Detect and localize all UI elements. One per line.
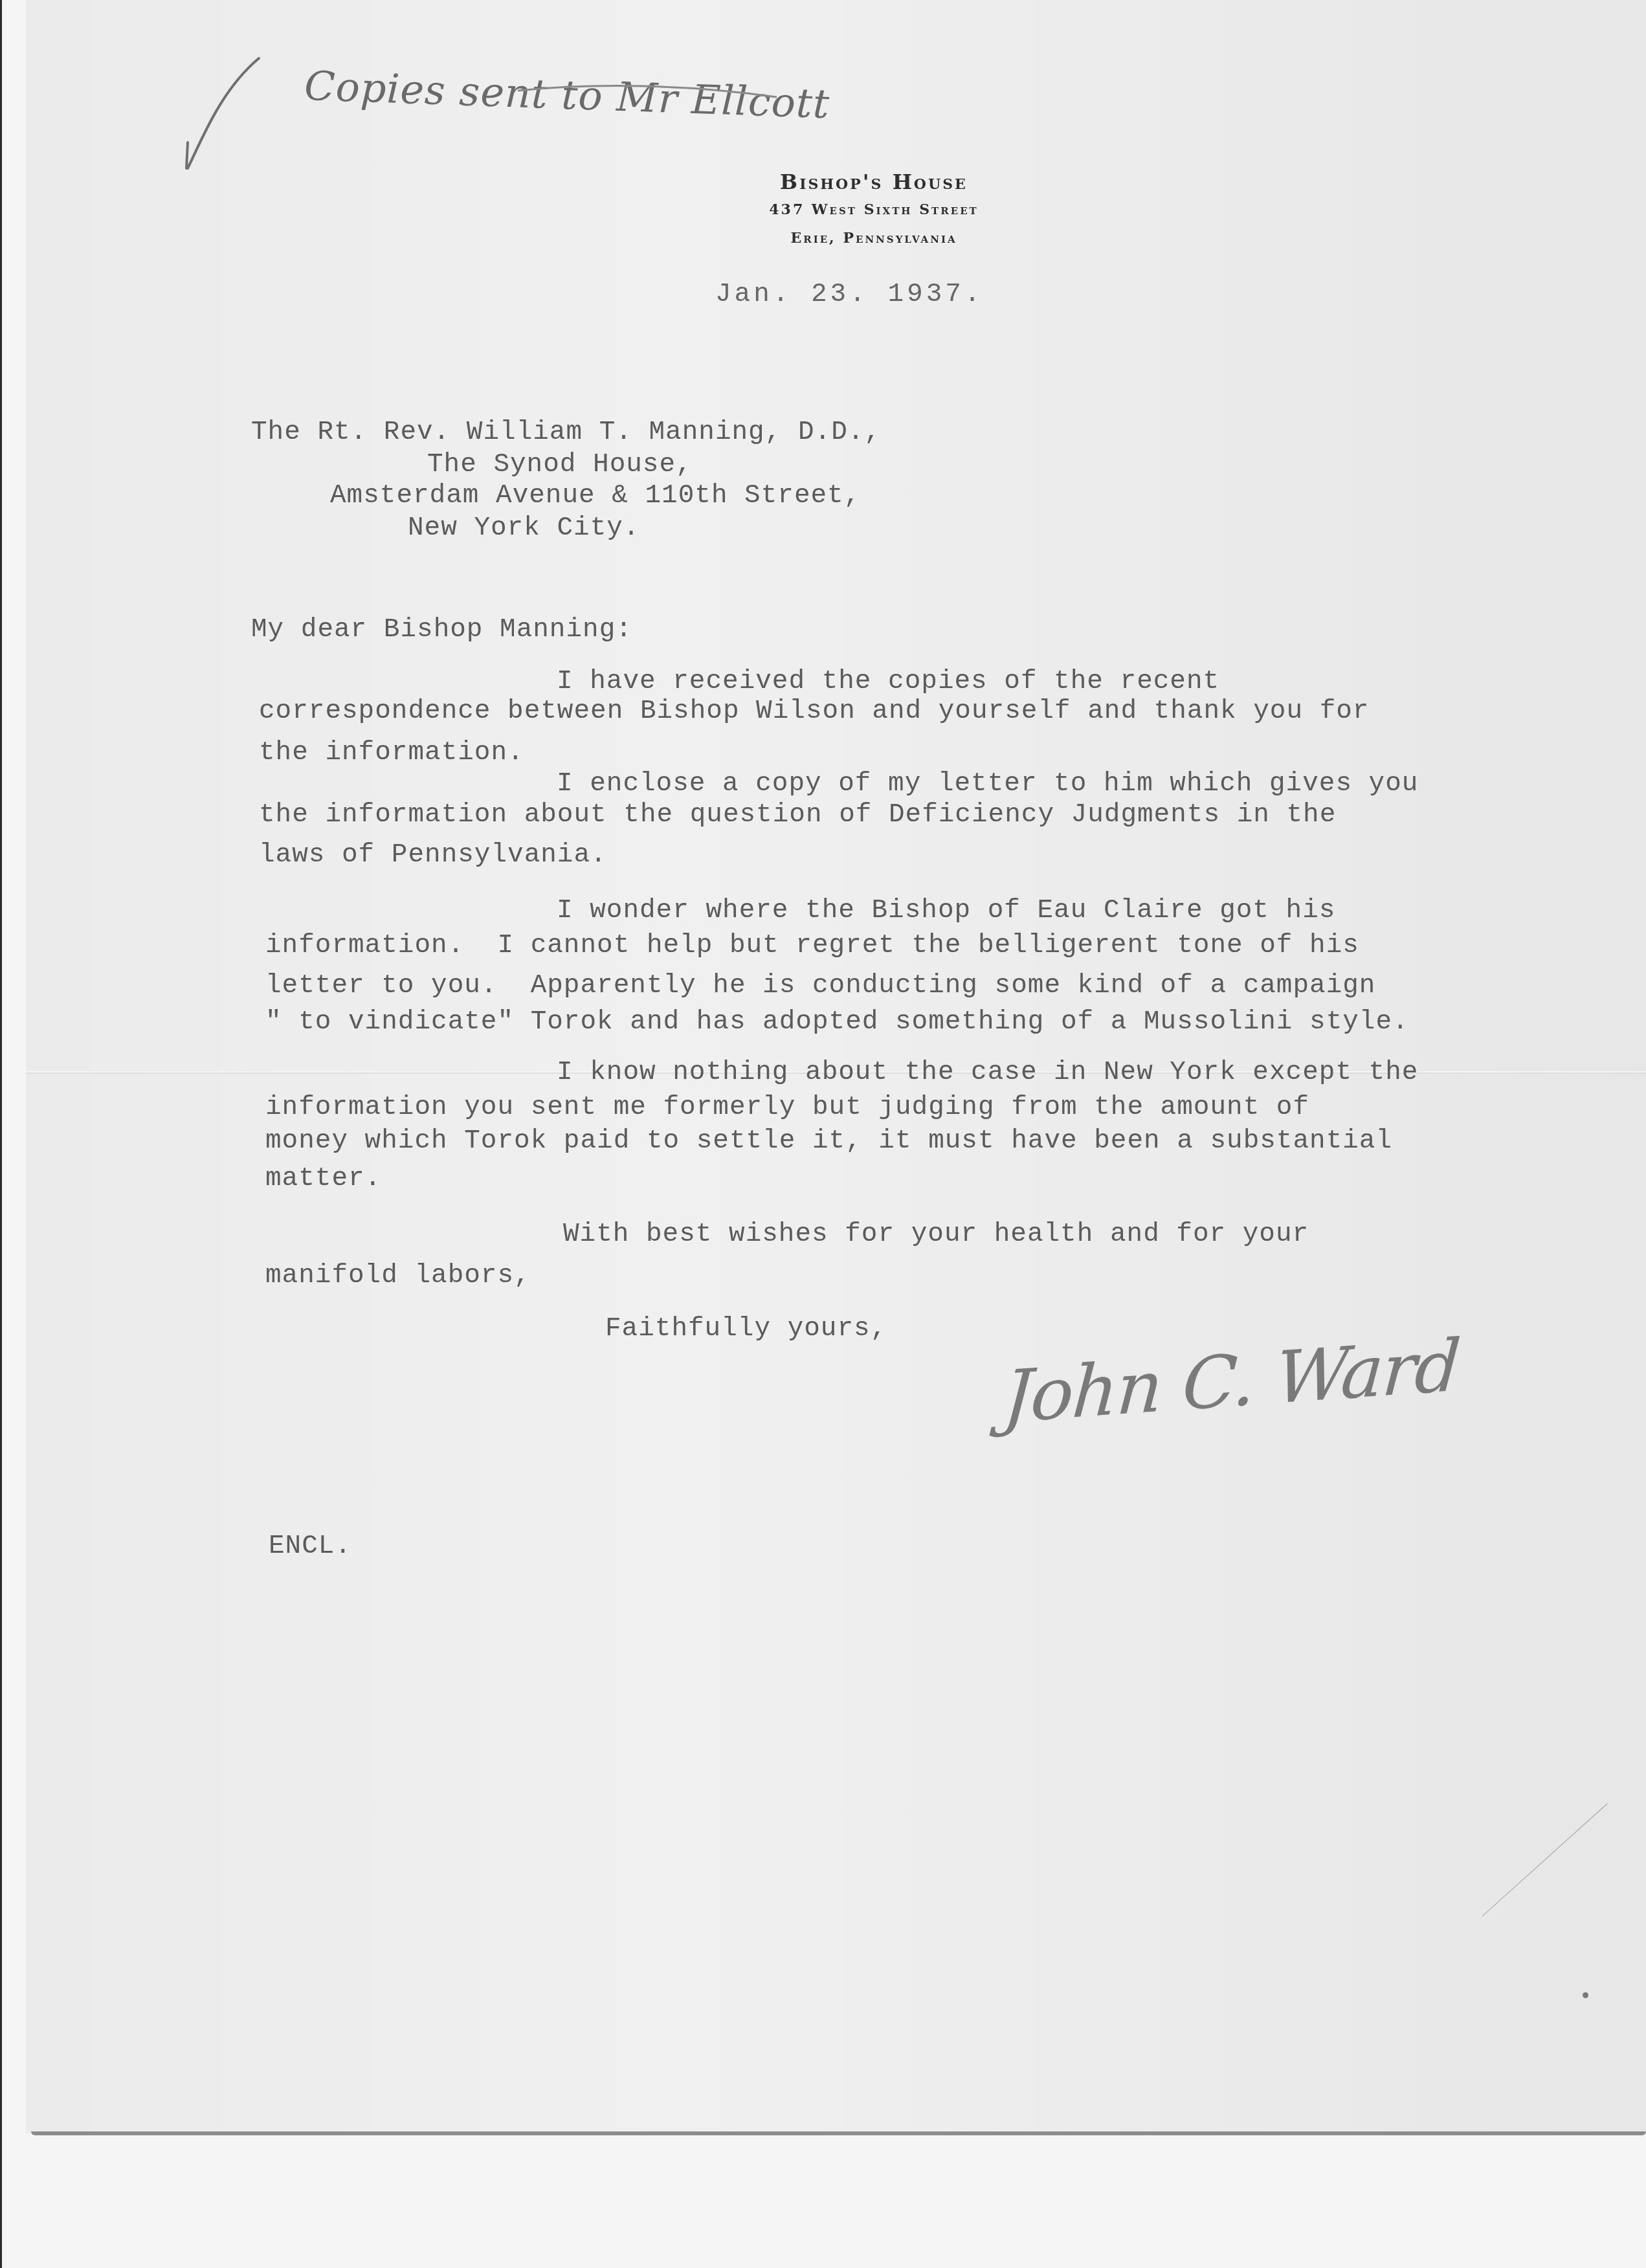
closing: Faithfully yours, xyxy=(605,1314,887,1344)
body-line: the information about the question of De… xyxy=(259,795,1336,835)
body-line: the information. xyxy=(259,733,524,773)
letterhead-title: Bishop's House xyxy=(647,168,1100,195)
scan-edge xyxy=(0,0,2,2268)
underline-stroke xyxy=(518,78,777,104)
body-line: manifold labors, xyxy=(265,1256,531,1296)
letterhead: Bishop's House 437 West Sixth Street Eri… xyxy=(647,168,1100,252)
body-line: I wonder where the Bishop of Eau Claire … xyxy=(557,891,1335,931)
letter-date: Jan. 23. 1937. xyxy=(715,280,983,309)
pencil-annotation: Copies sent to Mr Ellcott xyxy=(175,39,822,181)
recipient-line: New York City. xyxy=(408,510,639,546)
enclosure-note: ENCL. xyxy=(269,1531,351,1561)
recipient-line: The Rt. Rev. William T. Manning, D.D., xyxy=(251,414,881,450)
body-line: " to vindicate" Torok and has adopted so… xyxy=(265,1002,1409,1042)
paper-edge-shadow xyxy=(31,2131,1646,2135)
body-line: letter to you. Apparently he is conducti… xyxy=(265,966,1375,1006)
letterhead-city: Erie, Pennsylvania xyxy=(647,224,1100,252)
checkmark-icon xyxy=(175,39,265,181)
signature-name: John C. Ward xyxy=(1001,1324,1462,1439)
letterhead-street: 437 West Sixth Street xyxy=(647,195,1100,224)
signature: John C. Ward xyxy=(984,1314,1437,1508)
recipient-line: Amsterdam Avenue & 110th Street, xyxy=(330,478,860,514)
body-line: information. I cannot help but regret th… xyxy=(265,926,1359,966)
body-line: With best wishes for your health and for… xyxy=(563,1214,1309,1254)
body-line: laws of Pennsylvania. xyxy=(259,835,607,875)
body-line: I know nothing about the case in New Yor… xyxy=(557,1052,1418,1093)
body-line: matter. xyxy=(265,1159,381,1199)
body-line: money which Torok paid to settle it, it … xyxy=(265,1121,1392,1161)
salutation: My dear Bishop Manning: xyxy=(251,615,632,645)
ink-speck xyxy=(1583,1992,1588,1998)
body-line: correspondence between Bishop Wilson and… xyxy=(259,691,1369,731)
